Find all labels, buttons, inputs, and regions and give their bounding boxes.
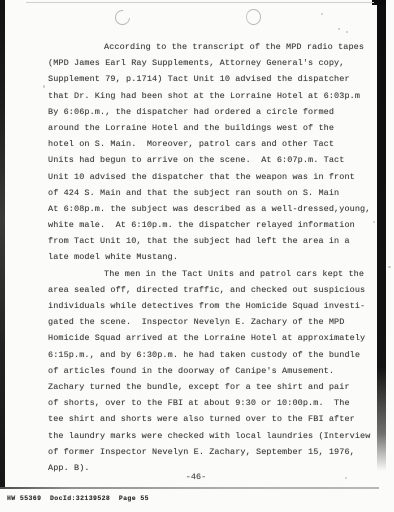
film-speck	[345, 477, 347, 479]
film-edge-left	[0, 0, 5, 489]
page-number: -46-	[48, 472, 344, 482]
document-text-line: Zachary turned the bundle, except for a …	[48, 379, 378, 395]
typewritten-text-block: According to the transcript of the MPD r…	[48, 39, 378, 476]
document-text-line: of shorts, over to the FBI at about 9:30…	[48, 395, 378, 411]
film-speck	[373, 221, 375, 223]
film-speck	[43, 85, 45, 88]
document-text-line: According to the transcript of the MPD r…	[48, 39, 378, 55]
scan-top-hairline	[26, 2, 374, 3]
document-text-line: of articles found in the doorway of Cani…	[48, 363, 378, 379]
document-text-line: By 6:06p.m., the dispatcher had ordered …	[48, 104, 378, 120]
document-text-line: Supplement 79, p.1714) Tact Unit 10 advi…	[48, 71, 378, 87]
document-text-line: late model white Mustang.	[48, 249, 378, 265]
hole-punch-left-icon	[112, 7, 133, 28]
document-text-line: The men in the Tact Units and patrol car…	[48, 266, 378, 282]
film-speck	[321, 13, 323, 15]
document-text-line: gated the scene. Inspector Nevelyn E. Za…	[48, 314, 378, 330]
film-edge-right	[377, 0, 386, 471]
document-text-line: of 424 S. Main and that the subject ran …	[48, 185, 378, 201]
document-text-line: Homicide Squad arrived at the Lorraine H…	[48, 330, 378, 346]
document-text-line: 6:15p.m., and by 6:30p.m. he had taken c…	[48, 347, 378, 363]
document-text-line: white male. At 6:10p.m. the dispatcher r…	[48, 217, 378, 233]
hole-punch-right-icon	[246, 9, 261, 25]
document-text-line: from Tact Unit 10, that the subject had …	[48, 233, 378, 249]
film-edge-top-right-cap	[372, 0, 386, 5]
document-text-line: individuals while detectives from the Ho…	[48, 298, 378, 314]
footer-divider	[0, 487, 379, 489]
scanned-document-page: According to the transcript of the MPD r…	[0, 0, 394, 512]
document-text-line: that Dr. King had been shot at the Lorra…	[48, 88, 378, 104]
film-speck	[346, 31, 348, 33]
document-text-line: around the Lorraine Hotel and the buildi…	[48, 120, 378, 136]
document-text-line: Units had begun to arrive on the scene. …	[48, 152, 378, 168]
document-text-line: of former Inspector Nevelyn E. Zachary, …	[48, 444, 378, 460]
archive-footer-stamp: HW 55369 DocId:32139528 Page 55	[7, 495, 149, 502]
document-text-line: area sealed off, directed traffic, and c…	[48, 282, 378, 298]
film-speck	[341, 93, 343, 95]
document-text-line: tee shirt and shorts were also turned ov…	[48, 411, 378, 427]
film-speck	[388, 266, 391, 268]
document-text-line: hotel on S. Main. Moreover, patrol cars …	[48, 136, 378, 152]
document-text-line: (MPD James Earl Ray Supplements, Attorne…	[48, 55, 378, 71]
film-speck	[338, 28, 340, 30]
document-text-line: Unit 10 advised the dispatcher that the …	[48, 169, 378, 185]
document-text-line: At 6:08p.m. the subject was described as…	[48, 201, 378, 217]
document-text-line: the laundry marks were checked with loca…	[48, 428, 378, 444]
